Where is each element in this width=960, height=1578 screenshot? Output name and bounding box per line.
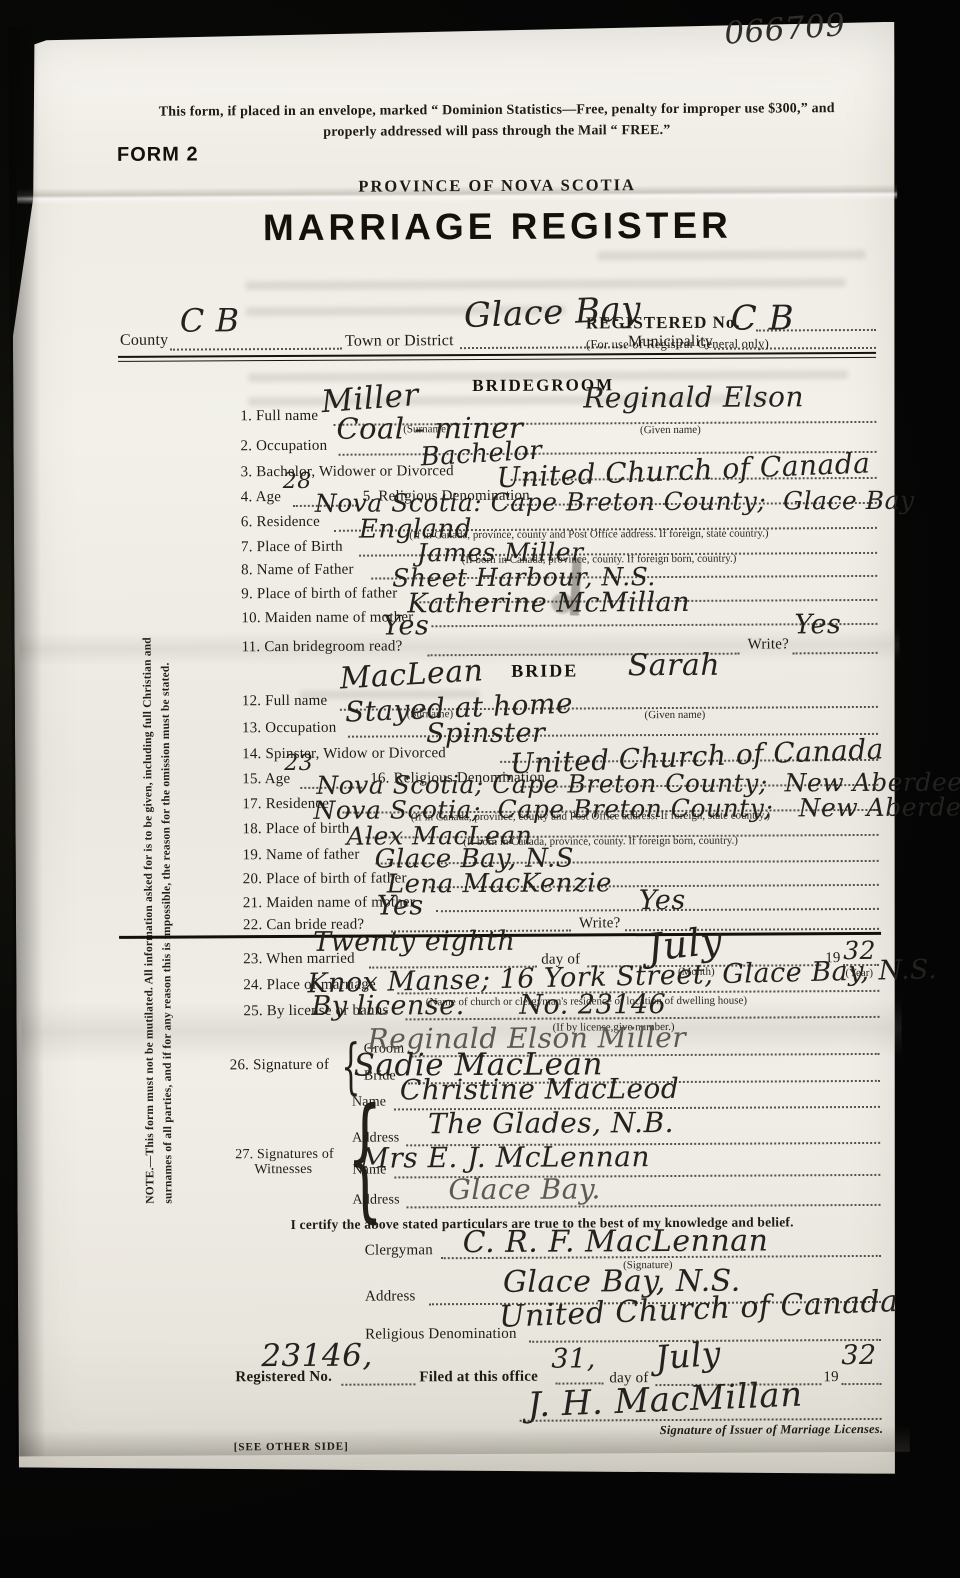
bride-heading: BRIDE: [245, 659, 845, 683]
handwritten-br-status: Spinster: [426, 720, 546, 748]
province-heading: PROVINCE OF NOVA SCOTIA: [257, 175, 737, 198]
handwritten-issuer-signature: J. H. MacMillan: [527, 1378, 803, 1423]
field-label-bg-birthplace: 7. Place of Birth: [241, 539, 343, 557]
handwritten-witness1-address: The Glades, N.B.: [428, 1109, 674, 1138]
handwritten-bg-residence: Nova Scotia: Cape Breton County; Glace B…: [315, 488, 915, 516]
given-name-note: (Given name): [640, 424, 701, 436]
clergy-religion-label: Religious Denomination: [365, 1326, 517, 1344]
field-label-bg-full-name: 1. Full name: [240, 408, 318, 425]
field-label-br-write: Write?: [579, 915, 620, 932]
field-label-br-father: 19. Name of father: [243, 847, 360, 865]
handwritten-br-birthplace: Nova Scotia; Cape Breton County; New Abe…: [313, 794, 960, 823]
handwritten-br-read: Yes: [377, 892, 424, 919]
clergy-address-label: Address: [365, 1288, 416, 1305]
field-label-br-occupation: 13. Occupation: [242, 720, 337, 737]
clergyman-label: Clergyman: [365, 1242, 433, 1259]
municipality-label: Municipality: [628, 333, 713, 351]
field-label-bg-write: Write?: [748, 636, 789, 653]
handwritten-filed-day: 31,: [551, 1345, 596, 1372]
field-label-signature-of: 26. Signature of: [230, 1057, 330, 1075]
issuer-signature-label: Signature of Issuer of Marriage Licenses…: [660, 1422, 884, 1438]
footer-year-prefix: 19: [823, 1369, 838, 1386]
given-name-note: (Given name): [645, 709, 706, 721]
form-number: FORM 2: [117, 143, 199, 166]
handwritten-witness1-name: Christine MacLeod: [400, 1075, 680, 1104]
handwritten-br-age: 23: [284, 753, 313, 775]
field-label-bg-can-read: 11. Can bridegroom read?: [242, 638, 403, 656]
handwritten-bg-given-name: Reginald Elson: [583, 383, 804, 412]
handwritten-br-surname: MacLean: [339, 656, 484, 694]
handwritten-br-write: Yes: [639, 887, 686, 914]
handwritten-bg-read: Yes: [382, 612, 429, 639]
handwritten-license: By license. No. 23146: [311, 991, 666, 1020]
sheet-wrapper: 066709 This form, if placed in an envelo…: [0, 0, 960, 1578]
handwritten-county: C B: [180, 304, 240, 336]
handwritten-registered-no: 23146,: [261, 1341, 373, 1373]
handwritten-footer-month: July: [654, 1337, 722, 1375]
dotted-line: [841, 1383, 881, 1385]
handwritten-when-day: Twenty eighth: [313, 928, 515, 956]
county-label: County: [120, 332, 168, 350]
field-label-bg-age: 4. Age: [241, 489, 281, 506]
handwritten-bg-age: 28: [283, 471, 312, 493]
field-label-witnesses-2: Witnesses: [254, 1162, 312, 1178]
field-label-bg-occupation: 2. Occupation: [240, 438, 327, 455]
handwritten-witness2-name: Mrs E. J. McLennan: [360, 1143, 650, 1173]
handwritten-bg-father: James Miller: [417, 539, 584, 565]
field-label-br-age: 15. Age: [242, 771, 290, 788]
field-label-br-full-name: 12. Full name: [242, 693, 328, 710]
handwritten-municipality: C B: [731, 301, 794, 335]
field-label-bg-residence: 6. Residence: [241, 514, 320, 531]
witness2-address-label: Address: [352, 1192, 399, 1208]
scanned-document: 066709 This form, if placed in an envelo…: [0, 0, 960, 1578]
field-label-bg-father-birthplace: 9. Place of birth of father: [241, 585, 397, 603]
town-district-label: Town or District: [345, 332, 454, 351]
handwritten-witness2-address: Glace Bay.: [448, 1175, 601, 1204]
dotted-line: [341, 1383, 415, 1385]
filed-label: Filed at this office: [419, 1369, 538, 1387]
witness1-name-label: Name: [352, 1094, 386, 1110]
page-title: MARRIAGE REGISTER: [177, 204, 817, 249]
handwritten-footer-year: 32: [841, 1342, 877, 1369]
handwritten-town: Glace Bay: [463, 292, 641, 333]
handwritten-bg-mother: Katherine McMillan: [407, 589, 690, 617]
handwritten-clergyman: C. R. F. MacLennan: [463, 1226, 769, 1258]
field-label-witnesses-1: 27. Signatures of: [235, 1147, 334, 1164]
field-label-br-status: 14. Spinster, Widow or Divorced: [242, 745, 446, 763]
see-other-side: [SEE OTHER SIDE]: [234, 1441, 349, 1454]
handwritten-corner-number: 066709: [723, 10, 846, 50]
field-label-bg-father: 8. Name of Father: [241, 562, 354, 580]
handwritten-bg-write: Yes: [794, 611, 841, 638]
handwritten-br-given-name: Sarah: [628, 651, 721, 681]
